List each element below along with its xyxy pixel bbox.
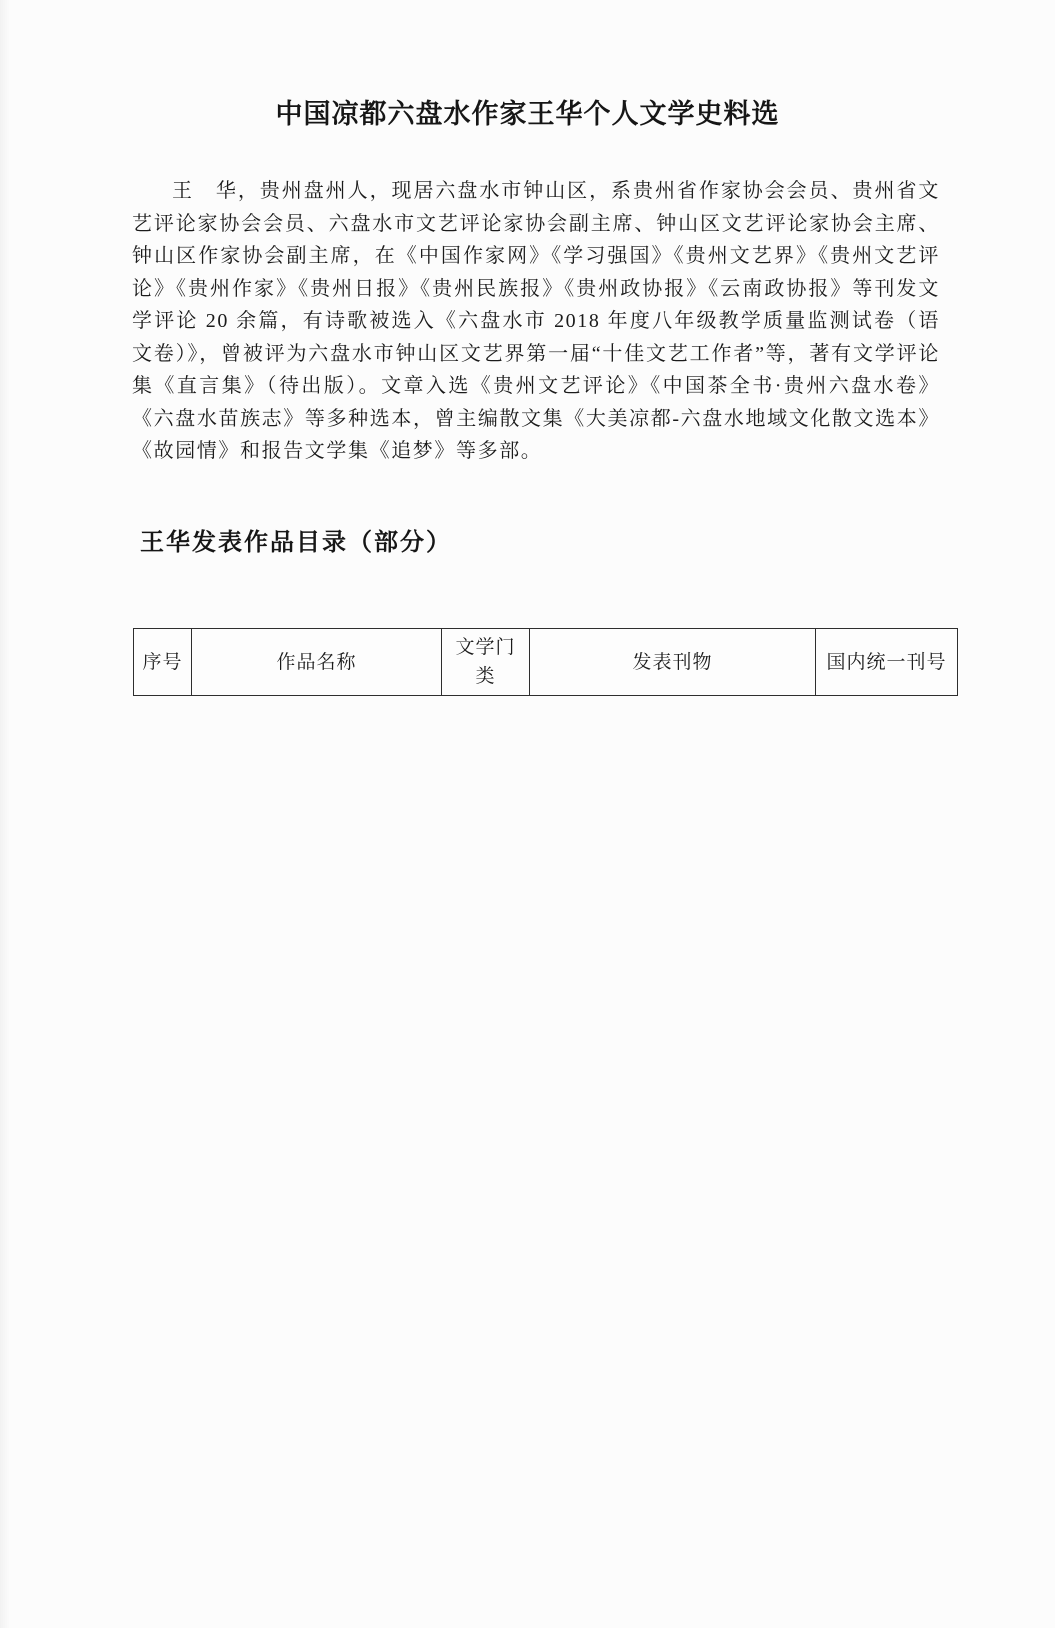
- header-serial-number: 序号: [134, 629, 192, 696]
- works-table-header: 序号 作品名称 文学门类 发表刊物 国内统一刊号: [134, 629, 958, 696]
- works-table: 序号 作品名称 文学门类 发表刊物 国内统一刊号: [133, 628, 958, 696]
- header-genre: 文学门类: [442, 629, 530, 696]
- header-row: 序号 作品名称 文学门类 发表刊物 国内统一刊号: [134, 629, 958, 696]
- document-page: 中国凉都六盘水作家王华个人文学史料选 王 华，贵州盘州人，现居六盘水市钟山区，系…: [0, 0, 1055, 1628]
- section-heading: 王华发表作品目录（部分）: [140, 522, 1055, 557]
- header-work-title: 作品名称: [192, 629, 442, 696]
- header-issn: 国内统一刊号: [816, 629, 958, 696]
- header-publication: 发表刊物: [530, 629, 816, 696]
- document-title: 中国凉都六盘水作家王华个人文学史料选: [0, 0, 1055, 131]
- intro-paragraph: 王 华，贵州盘州人，现居六盘水市钟山区，系贵州省作家协会会员、贵州省文艺评论家协…: [132, 175, 940, 468]
